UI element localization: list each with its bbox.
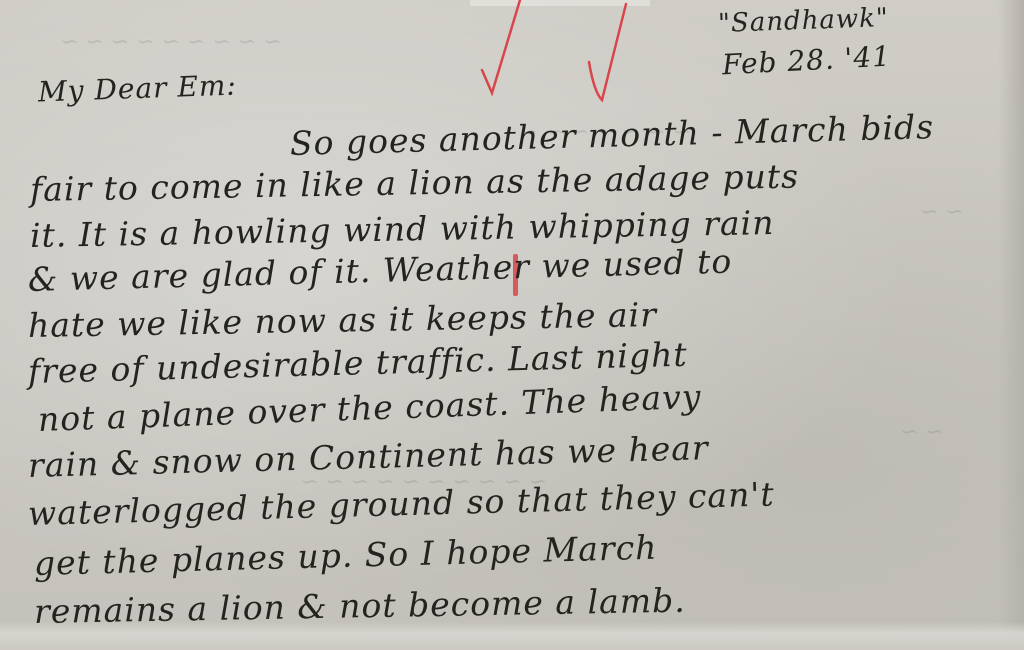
- letter-line: rain & snow on Continent has we hear: [27, 428, 709, 485]
- letter-line: So goes another month - March bids: [289, 107, 934, 163]
- paper-shadow-right: [998, 0, 1024, 650]
- letter-line: get the planes up. So I hope March: [33, 528, 657, 583]
- letter-salutation: My Dear Em:: [37, 69, 237, 109]
- letter-page: ~ ~ ~ ~ ~ ~ ~ ~ ~ ~ ~ ~ ~ ~ ~ ~ ~ ~ ~ ~ …: [0, 0, 1024, 650]
- red-checkmark-icon: [478, 0, 528, 100]
- red-checkmark-icon: [586, 0, 631, 105]
- paper-fold-bottom: [0, 622, 1024, 650]
- bleed-through-text: ~ ~: [900, 420, 944, 445]
- bleed-through-text: ~ ~: [920, 200, 964, 225]
- letter-line: waterlogged the ground so that they can'…: [27, 474, 775, 533]
- letter-line: fair to come in like a lion as the adage…: [30, 157, 800, 209]
- letter-date: Feb 28. '41: [721, 40, 892, 82]
- bleed-through-text: ~ ~ ~ ~ ~ ~ ~ ~ ~: [60, 30, 282, 55]
- letter-place-heading: "Sandhawk": [718, 3, 890, 39]
